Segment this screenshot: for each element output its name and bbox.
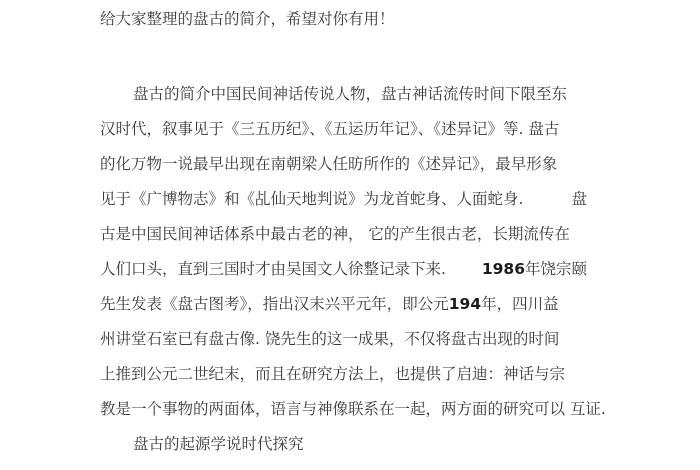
- body-line-6: 人们口头，直到三国时才由吴国文人徐整记录下来. 1986年饶宗颐: [100, 252, 587, 287]
- body-line-6-right-rest: 年饶宗颐: [525, 260, 587, 278]
- body-line-7-post: 年，四川益: [481, 295, 559, 313]
- intro-text: 给大家整理的盘古的简介，希望对你有用！: [100, 10, 395, 28]
- year-1986: 1986: [482, 260, 525, 278]
- body-paragraph: 盘古的简介中国民间神话传说人物，盘古神话流传时间下限至东 汉时代，叙事见于《三五…: [100, 77, 587, 462]
- body-line-5-text: 古是中国民间神话体系中最古老的神， 它的产生很古老，长期流传在: [100, 225, 570, 243]
- body-line-4-right: 盘: [571, 182, 587, 217]
- body-line-1: 盘古的简介中国民间神话传说人物，盘古神话流传时间下限至东: [100, 77, 587, 112]
- body-line-3-text: 的化万物一说最早出现在南朝梁人任昉所作的《述异记》，最早形象: [100, 155, 557, 173]
- body-line-2: 汉时代，叙事见于《三五历纪》、《五运历年记》、《述异记》等. 盘古: [100, 112, 587, 147]
- body-line-10: 教是一个事物的两面体，语言与神像联系在一起，两方面的研究可以 互证.: [100, 392, 587, 427]
- body-line-9: 上推到公元二世纪末，而且在研究方法上，也提供了启迪：神话与宗: [100, 357, 587, 392]
- body-line-7: 先生发表《盘古图考》，指出汉末兴平元年，即公元194年，四川益: [100, 287, 587, 322]
- body-line-5: 古是中国民间神话体系中最古老的神， 它的产生很古老，长期流传在: [100, 217, 587, 252]
- body-line-10-text: 教是一个事物的两面体，语言与神像联系在一起，两方面的研究可以 互证.: [100, 400, 606, 418]
- intro-line: 给大家整理的盘古的简介，希望对你有用！: [100, 2, 587, 37]
- body-line-4-left: 见于《广博物志》和《乩仙天地判说》为龙首蛇身、人面蛇身.: [100, 182, 523, 217]
- body-line-3: 的化万物一说最早出现在南朝梁人任昉所作的《述异记》，最早形象: [100, 147, 587, 182]
- body-line-7-pre: 先生发表《盘古图考》，指出汉末兴平元年，即公元: [100, 295, 449, 313]
- document-page: 给大家整理的盘古的简介，希望对你有用！ 盘古的简介中国民间神话传说人物，盘古神话…: [0, 0, 700, 470]
- body-line-6-left: 人们口头，直到三国时才由吴国文人徐整记录下来.: [100, 252, 446, 287]
- section-heading-text: 盘古的起源学说时代探究: [133, 435, 304, 453]
- body-line-8: 州讲堂石室已有盘古像. 饶先生的这一成果，不仅将盘古出现的时间: [100, 322, 587, 357]
- body-line-6-right: 1986年饶宗颐: [482, 252, 587, 287]
- body-line-8-text: 州讲堂石室已有盘古像. 饶先生的这一成果，不仅将盘古出现的时间: [100, 330, 559, 348]
- body-line-4: 见于《广博物志》和《乩仙天地判说》为龙首蛇身、人面蛇身. 盘: [100, 182, 587, 217]
- section-heading: 盘古的起源学说时代探究: [100, 427, 587, 462]
- body-line-2-text: 汉时代，叙事见于《三五历纪》、《五运历年记》、《述异记》等. 盘古: [100, 120, 559, 138]
- year-194: 194: [449, 295, 481, 313]
- body-line-1-text: 盘古的简介中国民间神话传说人物，盘古神话流传时间下限至东: [133, 85, 567, 103]
- article-text-block: 给大家整理的盘古的简介，希望对你有用！ 盘古的简介中国民间神话传说人物，盘古神话…: [100, 2, 587, 462]
- body-line-9-text: 上推到公元二世纪末，而且在研究方法上，也提供了启迪：神话与宗: [100, 365, 565, 383]
